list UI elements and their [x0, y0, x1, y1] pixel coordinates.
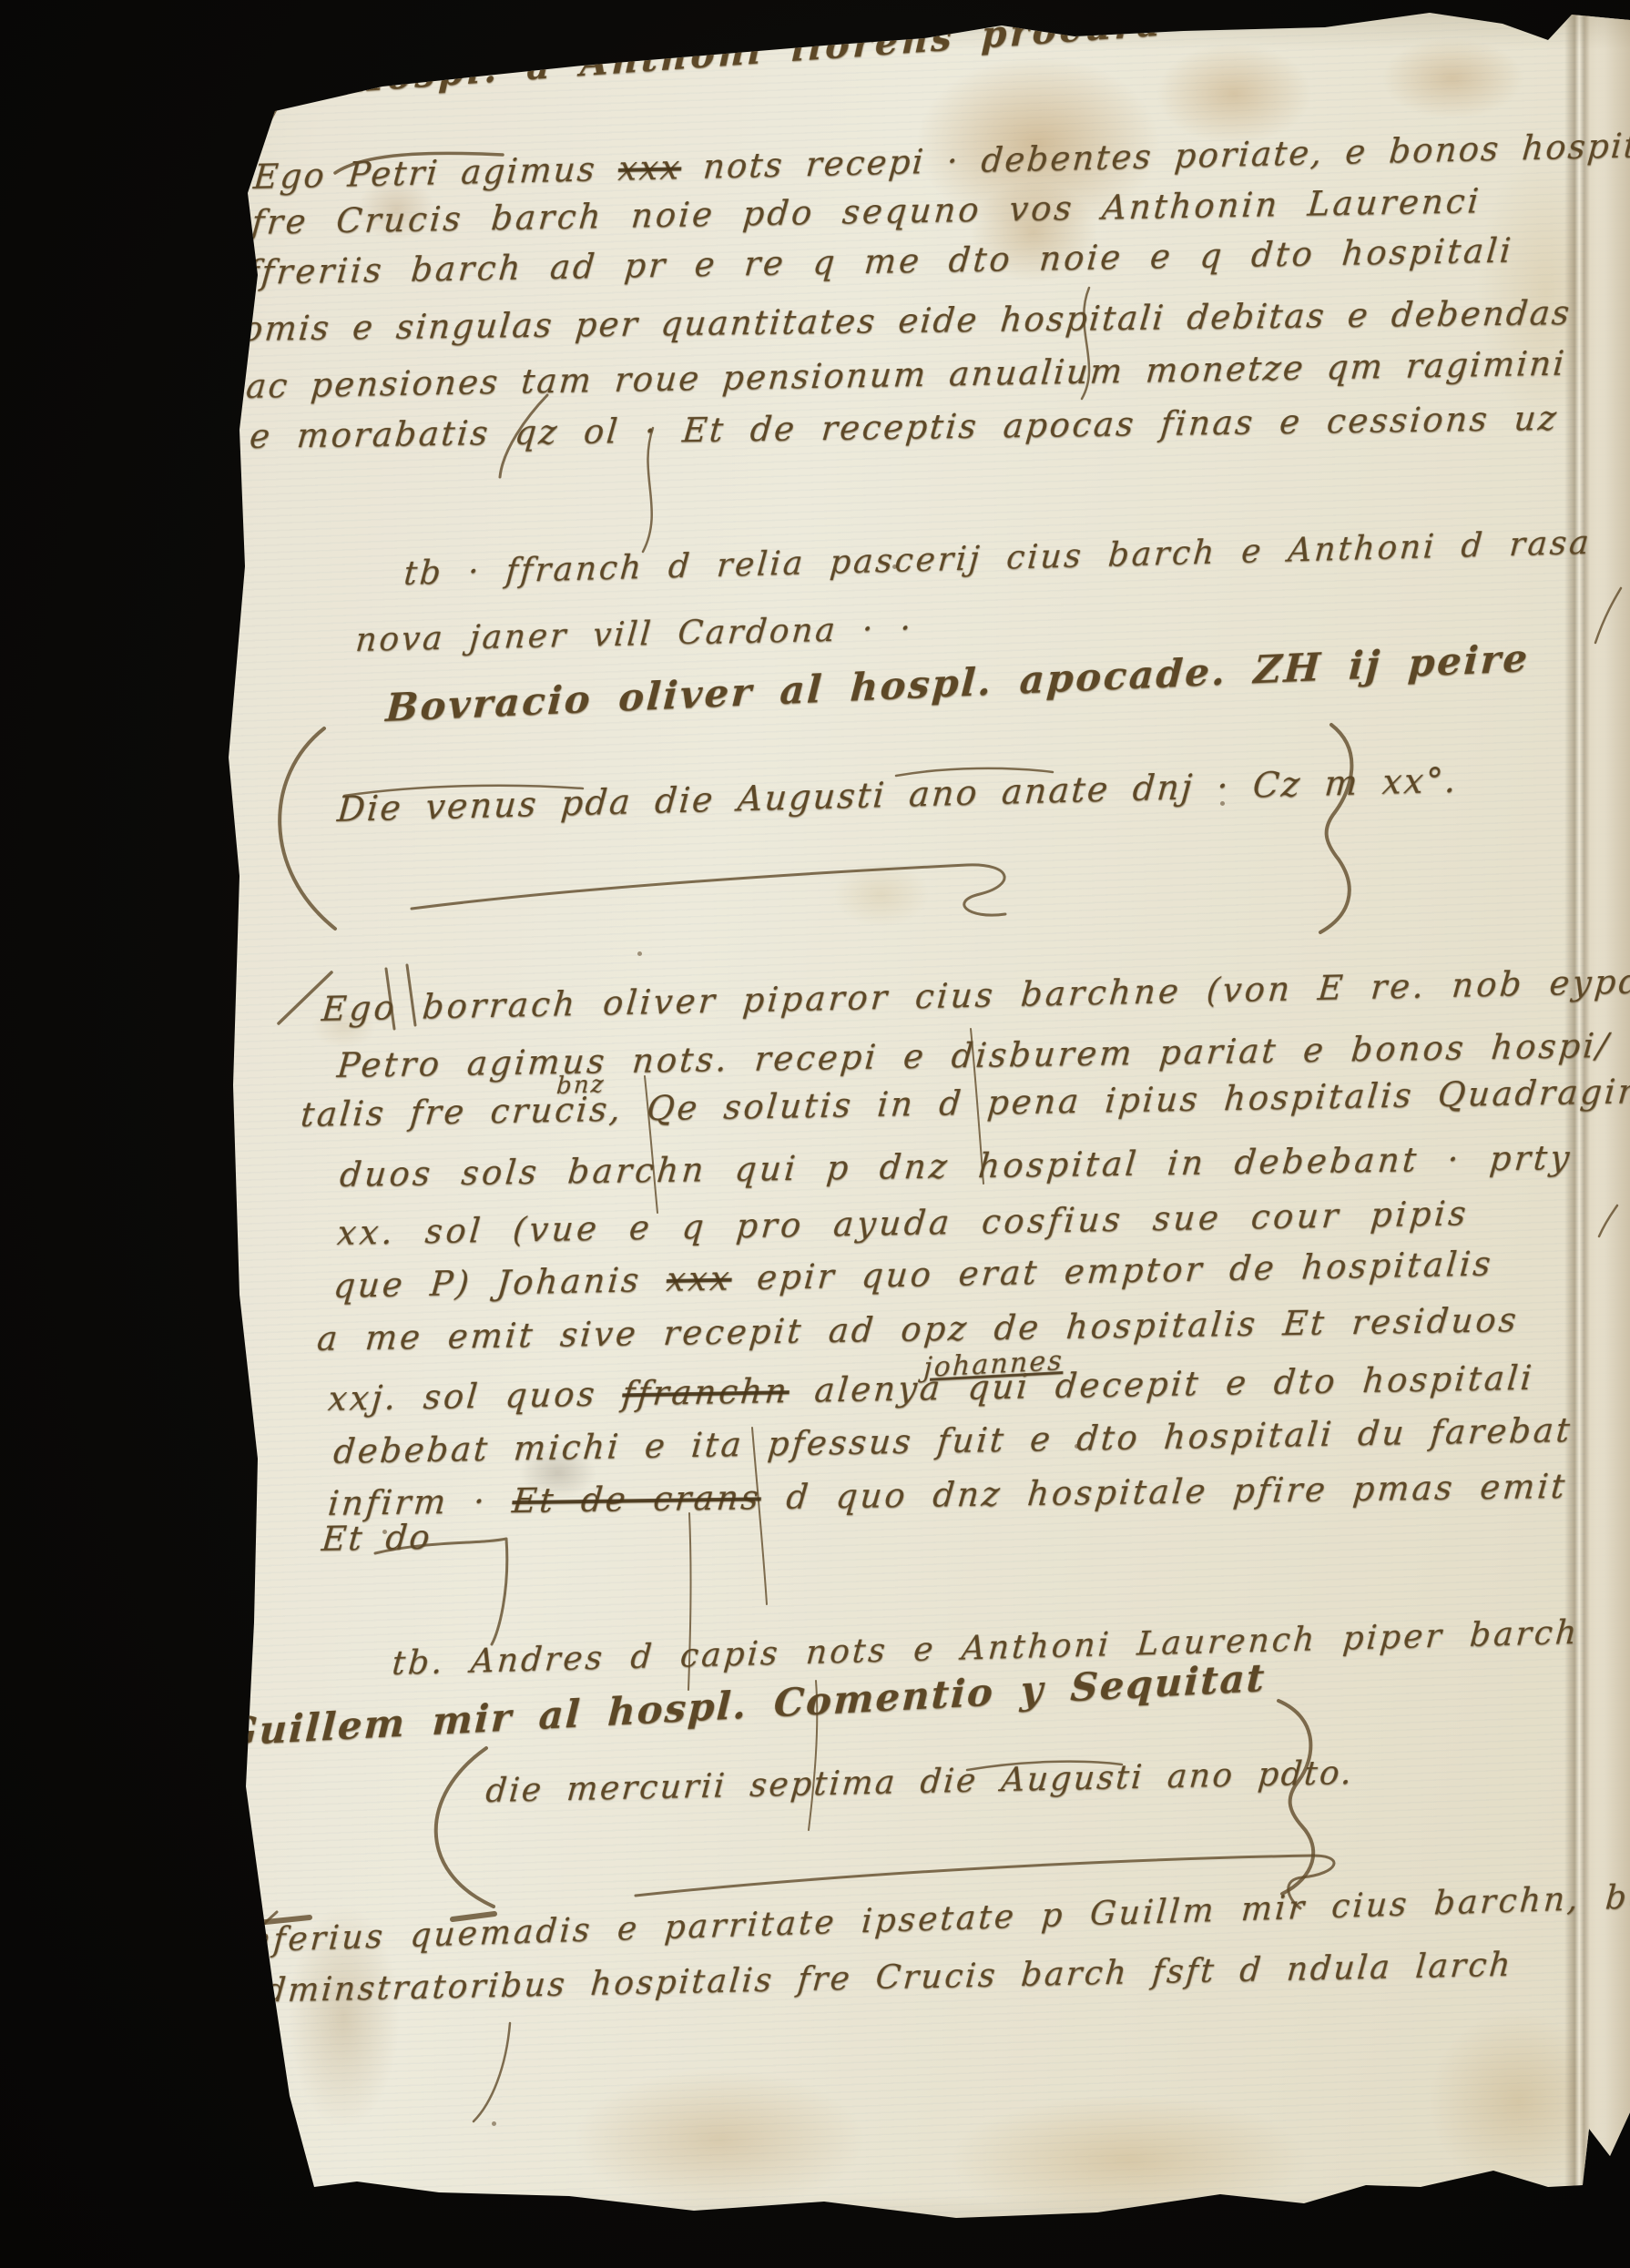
- p2-line-8: xxj. sol quos ffranchn alenya qui decepi…: [327, 1361, 1536, 1416]
- p1-line-3: ffreriis barch ad pr e re q me dto noie …: [245, 234, 1515, 290]
- p2-line-4: duos sols barchn qui p dnz hospital in d…: [339, 1141, 1574, 1192]
- paper-stain: [815, 851, 947, 938]
- paper-speck: [492, 2121, 496, 2126]
- p1-line-1-pre: Ego Petri agimus: [252, 149, 598, 197]
- opening-bracket-2: [436, 1748, 494, 1907]
- paper-speck: [637, 951, 642, 956]
- paper-stain: [524, 2044, 915, 2235]
- p2-line-10-post: d quo dnz hospitale pfire pmas emit: [785, 1467, 1569, 1517]
- next-folio-edge: [1584, 0, 1630, 2268]
- p2-line-7: a me emit sive recepit ad opz de hospita…: [316, 1303, 1521, 1356]
- p2-line-6: que P) Johanis xxx epir quo erat emptor …: [332, 1247, 1494, 1304]
- p2-line-8-struck: ffranchn: [621, 1371, 791, 1413]
- witness1-line-2: nova janer vill Cardona · ·: [354, 613, 914, 657]
- p2-line-10-pre: infirm ·: [326, 1482, 488, 1523]
- receipt2-date-line: die mercurii septima die Augusti ano pdt…: [484, 1757, 1355, 1808]
- p2-line-6-pre: que P) Johanis: [332, 1261, 644, 1307]
- paper-stain: [888, 2071, 1370, 2249]
- p2-line-11: Et do: [321, 1520, 433, 1556]
- p1-line-5: ac pensiones tam roue pensionum anualium…: [245, 347, 1567, 403]
- p2-line-8-post: alenya qui decepit e dto hospitali: [813, 1358, 1536, 1410]
- p2-line-6-post: epir quo erat emptor de hospitalis: [756, 1245, 1495, 1298]
- closing-line-2: adminstratoribus hospitalis fre Crucis b…: [241, 1949, 1513, 2009]
- receipt1-date-line: Die venus pda die Augusti ano anate dnj …: [336, 763, 1459, 827]
- closing-line-1: Inferius quemadis e parritate ipsetate p…: [232, 1879, 1630, 1958]
- opening-bracket-1: [280, 728, 335, 929]
- p1-line-1-struck: xxx: [616, 147, 683, 188]
- manuscript-page: Hospl. a Anthoni llorens procura Ego Pet…: [0, 0, 1630, 2268]
- p2-line-10-struck: Et de crans: [511, 1478, 763, 1520]
- p2-line-5: xx. sol (vue e q pro ayuda cosfius sue c…: [336, 1196, 1471, 1250]
- witness1-line-1: tb · ffranch d relia pascerij cius barch…: [402, 527, 1593, 591]
- p1-line-4: omis e singulas per quantitates eide hos…: [241, 296, 1574, 346]
- closing-brace-2: [1279, 1701, 1313, 1894]
- p2-line-1: Ego borrach oliver piparor cius barchne …: [321, 964, 1630, 1026]
- page-gutter-crease: [1564, 0, 1590, 2268]
- p2-line-2: Petro agimus nots. recepi e disburem par…: [336, 1029, 1613, 1083]
- p2-line-8-pre: xxj. sol quos: [326, 1375, 598, 1419]
- paper-stain: [947, 164, 1120, 300]
- p2-line-9: debebat michi e ita pfessus fuit e dto h…: [332, 1413, 1574, 1469]
- p2-line-6-struck: xxx: [665, 1259, 733, 1299]
- closing-brace-1: [1320, 725, 1351, 932]
- paper-stain: [269, 1866, 419, 2167]
- p1-line-6: e morabatis qz ol · Et de receptis apoca…: [249, 402, 1560, 453]
- photo-backdrop: Hospl. a Anthoni llorens procura Ego Pet…: [0, 0, 1630, 2268]
- closing-descender-tail: [474, 2023, 510, 2121]
